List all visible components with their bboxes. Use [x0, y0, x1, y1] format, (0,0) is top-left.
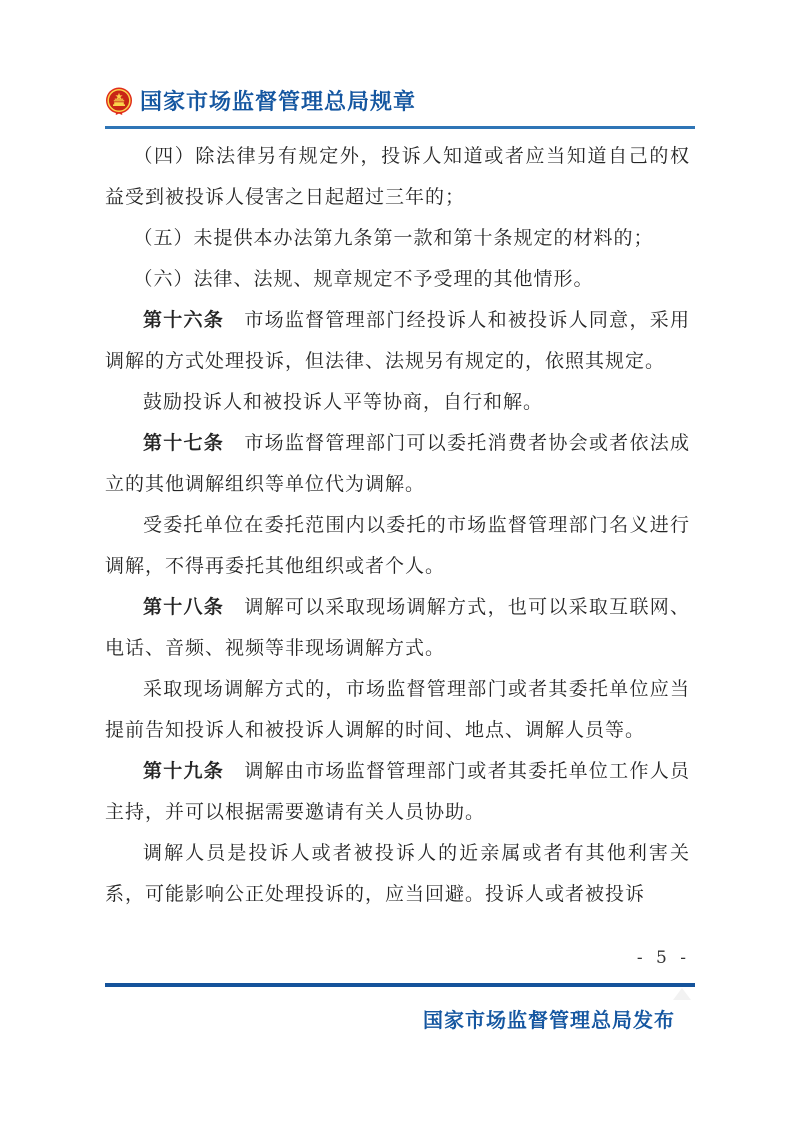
body-paragraph: 第十八条 调解可以采取现场调解方式，也可以采取互联网、电话、音频、视频等非现场调…	[105, 587, 690, 669]
article-number: 第十七条	[143, 433, 224, 454]
page-number: - 5 -	[637, 948, 690, 968]
paragraph-text: 受委托单位在委托范围内以委托的市场监督管理部门名义进行调解，不得再委托其他组织或…	[105, 515, 690, 577]
header-rule	[105, 126, 695, 129]
paragraph-text: （六）法律、法规、规章规定不予受理的其他情形。	[134, 269, 594, 290]
paragraph-text: 采取现场调解方式的，市场监督管理部门或者其委托单位应当提前告知投诉人和被投诉人调…	[105, 679, 690, 741]
article-number: 第十八条	[143, 597, 224, 618]
footer-publisher: 国家市场监督管理总局发布	[423, 1004, 675, 1033]
body-paragraph: 第十九条 调解由市场监督管理部门或者其委托单位工作人员主持，并可以根据需要邀请有…	[105, 751, 690, 833]
body-paragraph: （五）未提供本办法第九条第一款和第十条规定的材料的；	[105, 218, 690, 259]
paragraph-text: （四）除法律另有规定外，投诉人知道或者应当知道自己的权益受到被投诉人侵害之日起超…	[105, 146, 690, 208]
paragraph-text: 调解人员是投诉人或者被投诉人的近亲属或者有其他利害关系，可能影响公正处理投诉的，…	[105, 843, 690, 905]
article-number: 第十九条	[143, 761, 224, 782]
body-paragraph: 调解人员是投诉人或者被投诉人的近亲属或者有其他利害关系，可能影响公正处理投诉的，…	[105, 833, 690, 915]
body-paragraph: 鼓励投诉人和被投诉人平等协商，自行和解。	[105, 382, 690, 423]
body-paragraph: 第十六条 市场监督管理部门经投诉人和被投诉人同意，采用调解的方式处理投诉，但法律…	[105, 300, 690, 382]
faint-chevron-watermark	[673, 988, 691, 1000]
body-paragraph: 采取现场调解方式的，市场监督管理部门或者其委托单位应当提前告知投诉人和被投诉人调…	[105, 669, 690, 751]
body-paragraph: （六）法律、法规、规章规定不予受理的其他情形。	[105, 259, 690, 300]
paragraph-text: 鼓励投诉人和被投诉人平等协商，自行和解。	[143, 392, 543, 413]
body-paragraph: 第十七条 市场监督管理部门可以委托消费者协会或者依法成立的其他调解组织等单位代为…	[105, 423, 690, 505]
page-header: 国家市场监督管理总局规章	[105, 85, 695, 116]
header-title: 国家市场监督管理总局规章	[140, 85, 416, 116]
footer-rule	[105, 983, 695, 987]
article-number: 第十六条	[143, 310, 224, 331]
document-page: 国家市场监督管理总局规章 （四）除法律另有规定外，投诉人知道或者应当知道自己的权…	[0, 0, 793, 1122]
paragraph-text: （五）未提供本办法第九条第一款和第十条规定的材料的；	[134, 228, 654, 249]
document-body: （四）除法律另有规定外，投诉人知道或者应当知道自己的权益受到被投诉人侵害之日起超…	[105, 136, 690, 915]
body-paragraph: 受委托单位在委托范围内以委托的市场监督管理部门名义进行调解，不得再委托其他组织或…	[105, 505, 690, 587]
body-paragraph: （四）除法律另有规定外，投诉人知道或者应当知道自己的权益受到被投诉人侵害之日起超…	[105, 136, 690, 218]
national-emblem-icon	[105, 86, 133, 116]
